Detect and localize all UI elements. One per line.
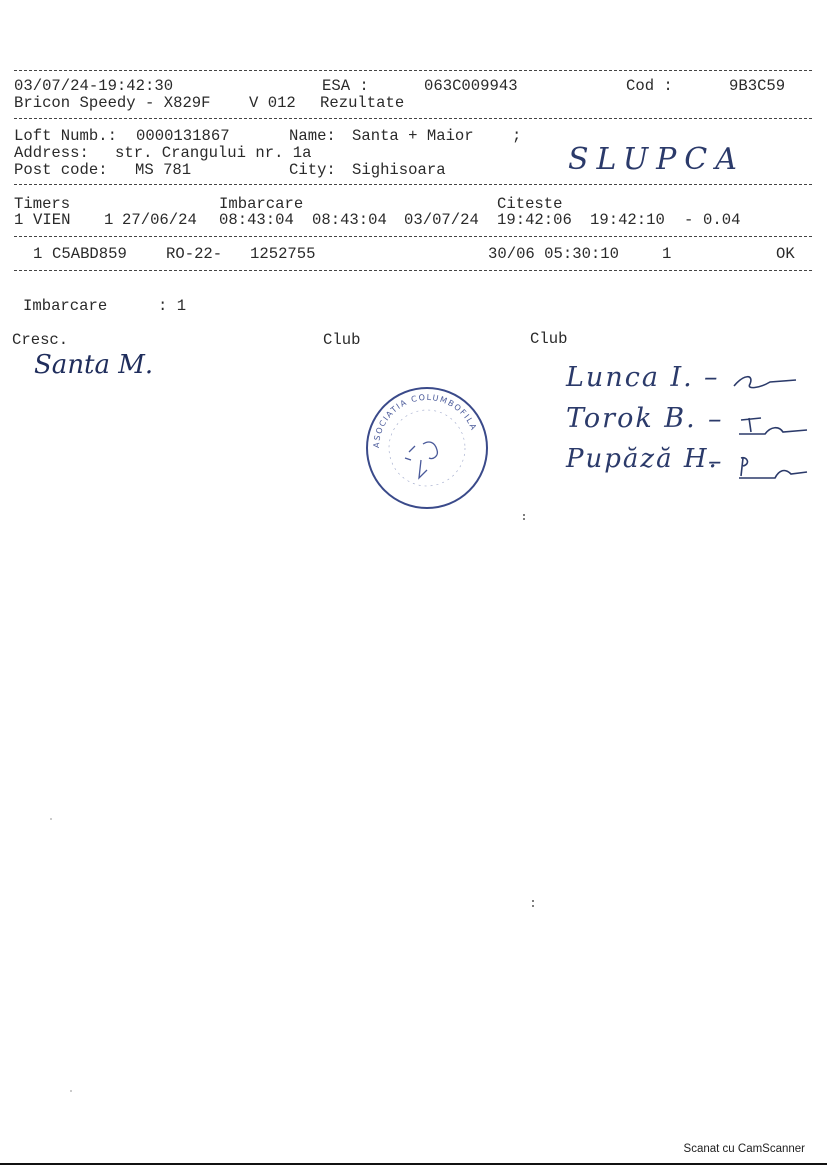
citeste-date: 03/07/24 bbox=[404, 211, 479, 229]
club-member-name: Pupăză H. bbox=[566, 444, 719, 474]
name-separator: ; bbox=[512, 127, 521, 145]
ring-number: 1252755 bbox=[250, 245, 316, 263]
result-index: 1 bbox=[33, 245, 42, 263]
imbarcare-summary-label: Imbarcare bbox=[23, 297, 107, 315]
signature-scribble bbox=[730, 370, 800, 392]
result-status: OK bbox=[776, 245, 795, 263]
club-member-name: Lunca I. bbox=[566, 362, 694, 393]
club-label-2: Club bbox=[530, 330, 567, 348]
name-label: Name: bbox=[289, 127, 336, 145]
postcode-value: MS 781 bbox=[135, 161, 191, 179]
divider bbox=[14, 70, 812, 71]
report-type: Rezultate bbox=[320, 94, 404, 112]
report-datetime: 03/07/24-19:42:30 bbox=[14, 77, 173, 95]
scan-speck bbox=[50, 818, 52, 820]
cod-label: Cod : bbox=[626, 77, 673, 95]
divider bbox=[14, 184, 812, 185]
scan-speck bbox=[523, 514, 525, 516]
ring-prefix: RO-22- bbox=[166, 245, 222, 263]
address-value: str. Crangului nr. 1a bbox=[115, 144, 312, 162]
divider bbox=[14, 236, 812, 237]
chip-id: C5ABD859 bbox=[52, 245, 127, 263]
city-value: Sighisoara bbox=[352, 161, 446, 179]
imbarcare-summary-value: : 1 bbox=[158, 297, 186, 315]
club-label-1: Club bbox=[323, 331, 360, 349]
stamp-icon: ASOCIATIA COLUMBOFILA bbox=[365, 386, 489, 510]
time-diff: 0.04 bbox=[703, 211, 740, 229]
citeste-time-2: 19:42:10 bbox=[590, 211, 665, 229]
device-version: V 012 bbox=[249, 94, 296, 112]
diff-sign: - bbox=[684, 211, 693, 229]
imbarcare-time-2: 08:43:04 bbox=[312, 211, 387, 229]
breeder-signature: Santa M. bbox=[34, 350, 153, 380]
cod-value: 9B3C59 bbox=[729, 77, 785, 95]
club-member-dash: – bbox=[704, 362, 718, 393]
scan-speck bbox=[523, 518, 525, 520]
address-label: Address: bbox=[14, 144, 89, 162]
result-count: 1 bbox=[662, 245, 671, 263]
loft-number: 0000131867 bbox=[136, 127, 230, 145]
esa-value: 063C009943 bbox=[424, 77, 518, 95]
imbarcare-date: 27/06/24 bbox=[122, 211, 197, 229]
handwritten-location: SLUPCA bbox=[568, 142, 745, 177]
citeste-time-1: 19:42:06 bbox=[497, 211, 572, 229]
club-stamp: ASOCIATIA COLUMBOFILA bbox=[365, 386, 489, 510]
timer-name: VIEN bbox=[33, 211, 70, 229]
svg-text:ASOCIATIA COLUMBOFILA: ASOCIATIA COLUMBOFILA bbox=[372, 393, 479, 448]
scan-speck bbox=[532, 900, 534, 902]
imbarcare-time-1: 08:43:04 bbox=[219, 211, 294, 229]
divider bbox=[14, 118, 812, 119]
signature-scribble bbox=[735, 414, 810, 438]
arrival-time: 30/06 05:30:10 bbox=[488, 245, 619, 263]
loft-number-label: Loft Numb.: bbox=[14, 127, 117, 145]
scan-speck bbox=[532, 905, 534, 907]
cresc-label: Cresc. bbox=[12, 331, 68, 349]
club-member-dash: – bbox=[708, 446, 722, 477]
divider bbox=[14, 270, 812, 271]
timer-index: 1 bbox=[14, 211, 23, 229]
signature-scribble bbox=[735, 454, 810, 482]
device-name: Bricon Speedy - X829F bbox=[14, 94, 211, 112]
scanner-credit: Scanat cu CamScanner bbox=[684, 1143, 805, 1155]
footer-divider bbox=[0, 1163, 827, 1165]
city-label: City: bbox=[289, 161, 336, 179]
owner-name: Santa + Maior bbox=[352, 127, 474, 145]
postcode-label: Post code: bbox=[14, 161, 108, 179]
esa-label: ESA : bbox=[322, 77, 369, 95]
scan-speck bbox=[70, 1090, 72, 1092]
club-member-dash: – bbox=[708, 404, 722, 435]
club-member-name: Torok B. bbox=[566, 403, 697, 434]
timer-num: 1 bbox=[104, 211, 113, 229]
